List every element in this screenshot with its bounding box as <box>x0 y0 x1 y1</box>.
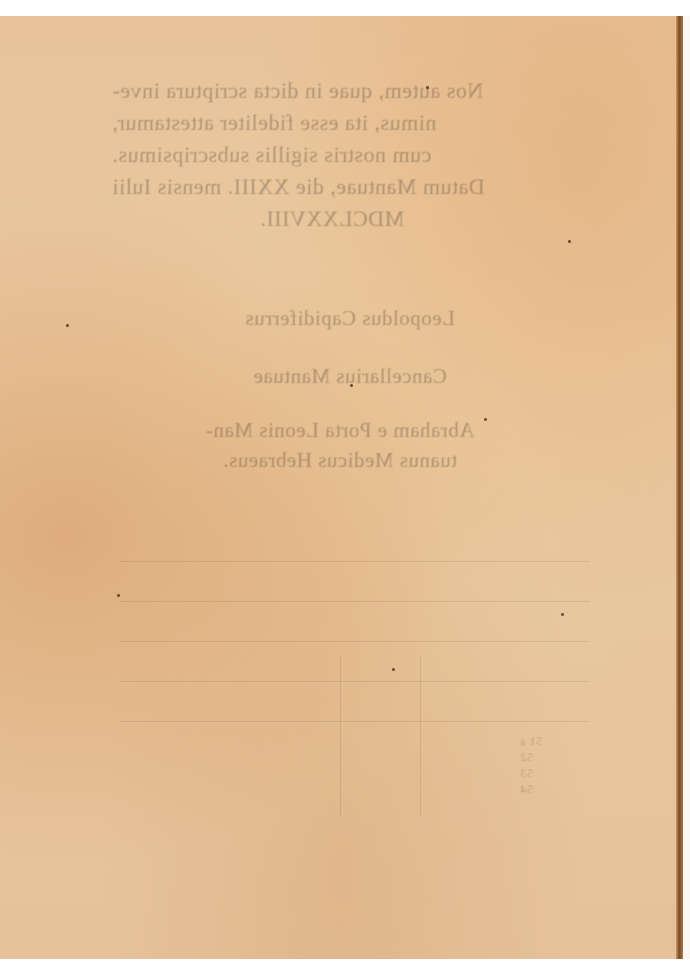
show-through-table-rule <box>120 681 590 682</box>
show-through-table-rule <box>420 656 421 816</box>
show-through-line: Datum Mantuae, die XXIII. mensis Iulii <box>112 174 590 200</box>
paper-speck <box>392 668 395 671</box>
show-through-line: nimus, ita esse fideliter attestamur, <box>112 110 590 136</box>
show-through-fragment: 53 <box>520 766 533 781</box>
paper-speck <box>117 594 120 597</box>
show-through-table-rule <box>120 641 590 642</box>
paper-speck <box>66 324 69 327</box>
show-through-table-rule <box>120 721 590 722</box>
show-through-fragment: 54 <box>520 782 533 797</box>
show-through-fragment: 51 a <box>520 734 542 749</box>
show-through-line: Nos autem, quae in dicta scriptura inve- <box>112 78 590 104</box>
show-through-signature: Abraham e Porta Leonis Man- <box>140 418 540 443</box>
show-through-signature: Leopoldus Capidiferrus <box>180 306 520 331</box>
show-through-line: cum nostris sigillis subscripsimus. <box>112 142 590 168</box>
show-through-signature-title: tuanus Medicus Hebraeus. <box>140 448 540 473</box>
show-through-line: MDCLXXVIII. <box>260 206 590 232</box>
paper-speck <box>561 613 564 616</box>
paper-speck <box>484 418 487 421</box>
aged-paper-page: Nos autem, quae in dicta scriptura inve-… <box>0 16 683 959</box>
binding-edge <box>676 16 683 959</box>
show-through-table-rule <box>340 656 341 816</box>
paper-speck <box>568 240 571 243</box>
paper-speck <box>426 86 429 89</box>
show-through-table-rule <box>120 601 590 602</box>
show-through-table-rule <box>120 561 590 562</box>
paper-speck <box>350 384 353 387</box>
show-through-fragment: 52 <box>520 750 533 765</box>
page-edge-margin <box>683 16 690 959</box>
